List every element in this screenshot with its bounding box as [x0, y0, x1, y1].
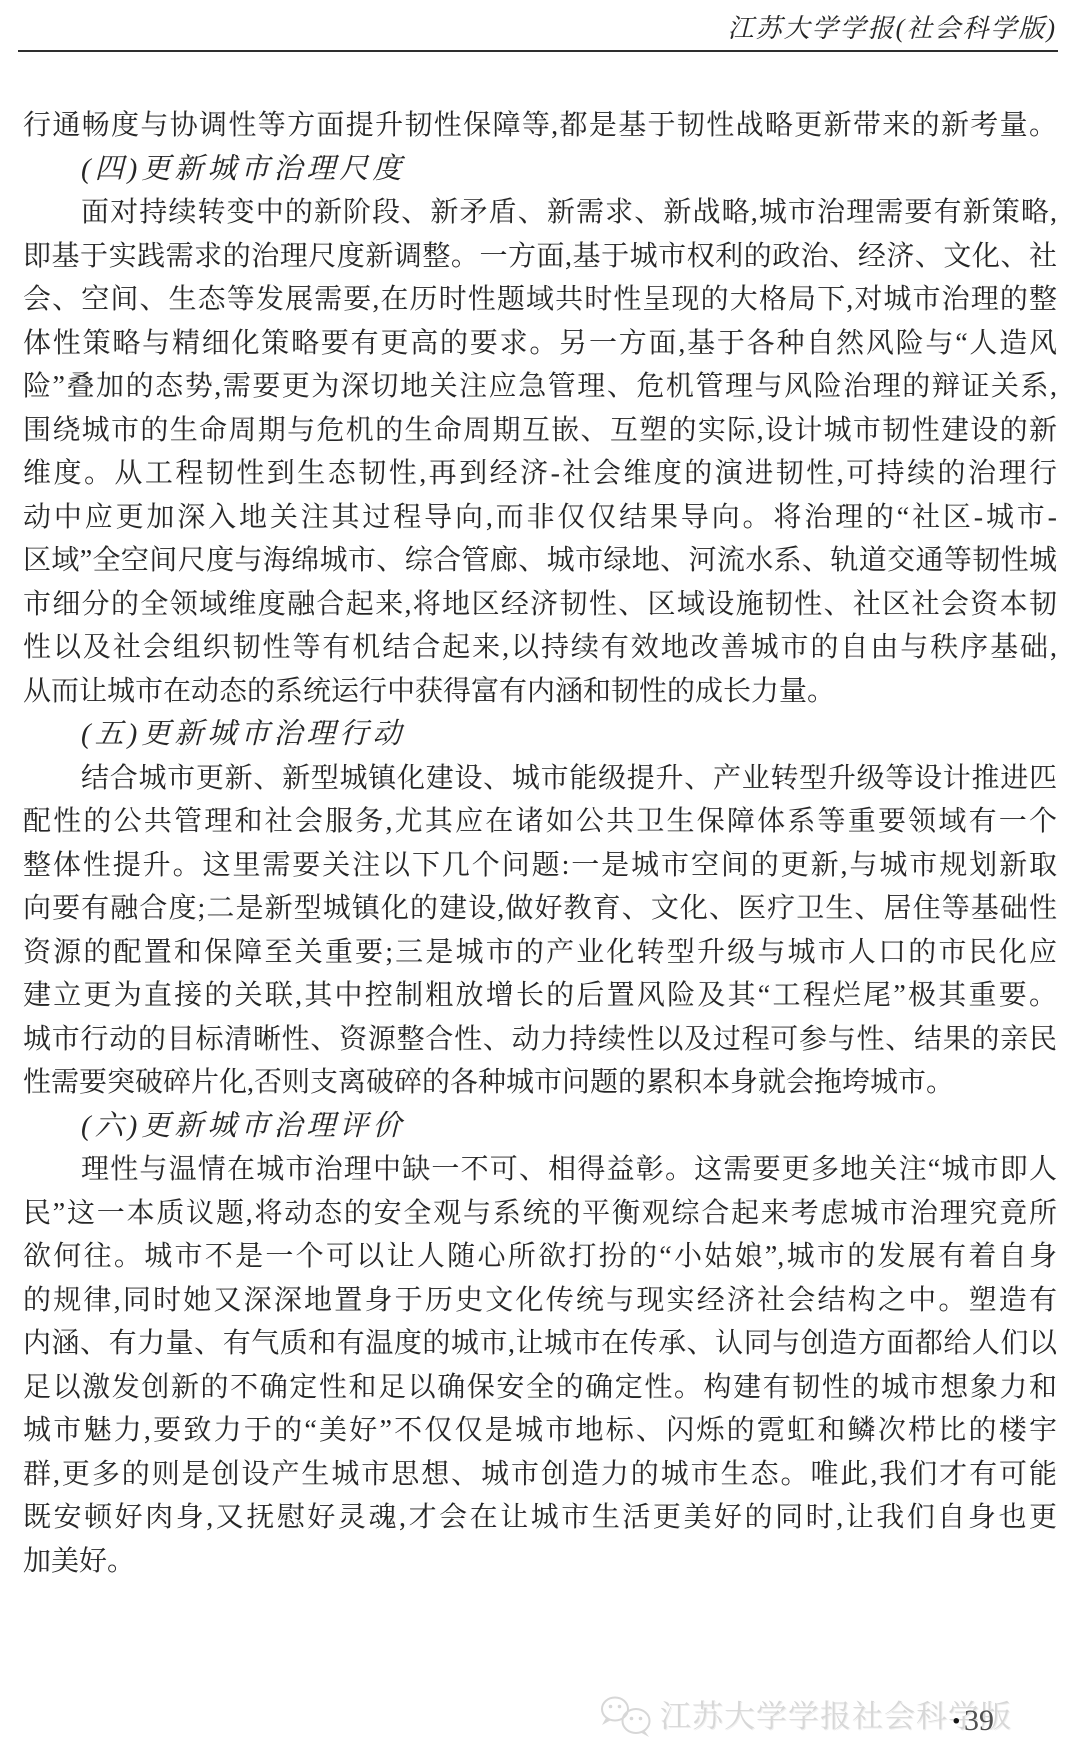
- section-heading: (四)更新城市治理尺度: [23, 148, 1057, 192]
- text-line: 性需要突破碎片化,否则支离破碎的各种城市问题的累积本身就会拖垮城市。: [23, 1061, 1057, 1105]
- page-number: ·39: [951, 1701, 994, 1742]
- text-line: 围绕城市的生命周期与危机的生命周期互嵌、互塑的实际,设计城市韧性建设的新: [23, 409, 1057, 453]
- text-line: 建立更为直接的关联,其中控制粗放增长的后置风险及其“工程烂尾”极其重要。: [23, 974, 1057, 1018]
- text-line: 区域”全空间尺度与海绵城市、综合管廊、城市绿地、河流水系、轨道交通等韧性城: [23, 539, 1057, 583]
- text-line: 险”叠加的态势,需要更为深切地关注应急管理、危机管理与风险治理的辩证关系,: [23, 365, 1057, 409]
- section-heading: (六)更新城市治理评价: [23, 1105, 1057, 1149]
- text-line: 行通畅度与协调性等方面提升韧性保障等,都是基于韧性战略更新带来的新考量。: [23, 104, 1057, 148]
- text-line: 结合城市更新、新型城镇化建设、城市能级提升、产业转型升级等设计推进匹: [23, 757, 1057, 801]
- text-line: 理性与温情在城市治理中缺一不可、相得益彰。这需要更多地关注“城市即人: [23, 1148, 1057, 1192]
- text-line: 向要有融合度;二是新型城镇化的建设,做好教育、文化、医疗卫生、居住等基础性: [23, 887, 1057, 931]
- page-number-dot: ·: [951, 1703, 962, 1740]
- text-line: 城市魅力,要致力于的“美好”不仅仅是城市地标、闪烁的霓虹和鳞次栉比的楼宇: [23, 1409, 1057, 1453]
- page-footer: 江苏大学学报社会科学版 ·39: [0, 1672, 1080, 1762]
- text-line: 动中应更加深入地关注其过程导向,而非仅仅结果导向。将治理的“社区-城市-: [23, 496, 1057, 540]
- header-rule: [18, 50, 1058, 52]
- text-line: 维度。从工程韧性到生态韧性,再到经济-社会维度的演进韧性,可持续的治理行: [23, 452, 1057, 496]
- text-line: 面对持续转变中的新阶段、新矛盾、新需求、新战略,城市治理需要有新策略,: [23, 191, 1057, 235]
- text-line: 即基于实践需求的治理尺度新调整。一方面,基于城市权利的政治、经济、文化、社: [23, 235, 1057, 279]
- text-line: 市细分的全领域维度融合起来,将地区经济韧性、区域设施韧性、社区社会资本韧: [23, 583, 1057, 627]
- page-number-value: 39: [964, 1704, 994, 1737]
- text-line: 的规律,同时她又深深地置身于历史文化传统与现实经济社会结构之中。塑造有: [23, 1279, 1057, 1323]
- text-line: 内涵、有力量、有气质和有温度的城市,让城市在传承、认同与创造方面都给人们以: [23, 1322, 1057, 1366]
- text-line: 欲何往。城市不是一个可以让人随心所欲打扮的“小姑娘”,城市的发展有着自身: [23, 1235, 1057, 1279]
- text-line: 体性策略与精细化策略要有更高的要求。另一方面,基于各种自然风险与“人造风: [23, 322, 1057, 366]
- text-line: 性以及社会组织韧性等有机结合起来,以持续有效地改善城市的自由与秩序基础,: [23, 626, 1057, 670]
- text-line: 加美好。: [23, 1540, 1057, 1584]
- text-line: 配性的公共管理和社会服务,尤其应在诸如公共卫生保障体系等重要领域有一个: [23, 800, 1057, 844]
- text-line: 民”这一本质议题,将动态的安全观与系统的平衡观综合起来考虑城市治理究竟所: [23, 1192, 1057, 1236]
- text-line: 从而让城市在动态的系统运行中获得富有内涵和韧性的成长力量。: [23, 670, 1057, 714]
- text-line: 资源的配置和保障至关重要;三是城市的产业化转型升级与城市人口的市民化应: [23, 931, 1057, 975]
- text-line: 会、空间、生态等发展需要,在历时性题域共时性呈现的大格局下,对城市治理的整: [23, 278, 1057, 322]
- text-line: 群,更多的则是创设产生城市思想、城市创造力的城市生态。唯此,我们才有可能: [23, 1453, 1057, 1497]
- text-line: 足以激发创新的不确定性和足以确保安全的确定性。构建有韧性的城市想象力和: [23, 1366, 1057, 1410]
- text-line: 既安顿好肉身,又抚慰好灵魂,才会在让城市生活更美好的同时,让我们自身也更: [23, 1496, 1057, 1540]
- text-line: 城市行动的目标清晰性、资源整合性、动力持续性以及过程可参与性、结果的亲民: [23, 1018, 1057, 1062]
- section-heading: (五)更新城市治理行动: [23, 713, 1057, 757]
- text-line: 整体性提升。这里需要关注以下几个问题:一是城市空间的更新,与城市规划新取: [23, 844, 1057, 888]
- wechat-icon: [598, 1694, 654, 1740]
- journal-page: 江苏大学学报(社会科学版) 行通畅度与协调性等方面提升韧性保障等,都是基于韧性战…: [0, 0, 1080, 1762]
- page-body: 行通畅度与协调性等方面提升韧性保障等,都是基于韧性战略更新带来的新考量。(四)更…: [23, 104, 1057, 1583]
- journal-title: 江苏大学学报(社会科学版): [728, 13, 1057, 45]
